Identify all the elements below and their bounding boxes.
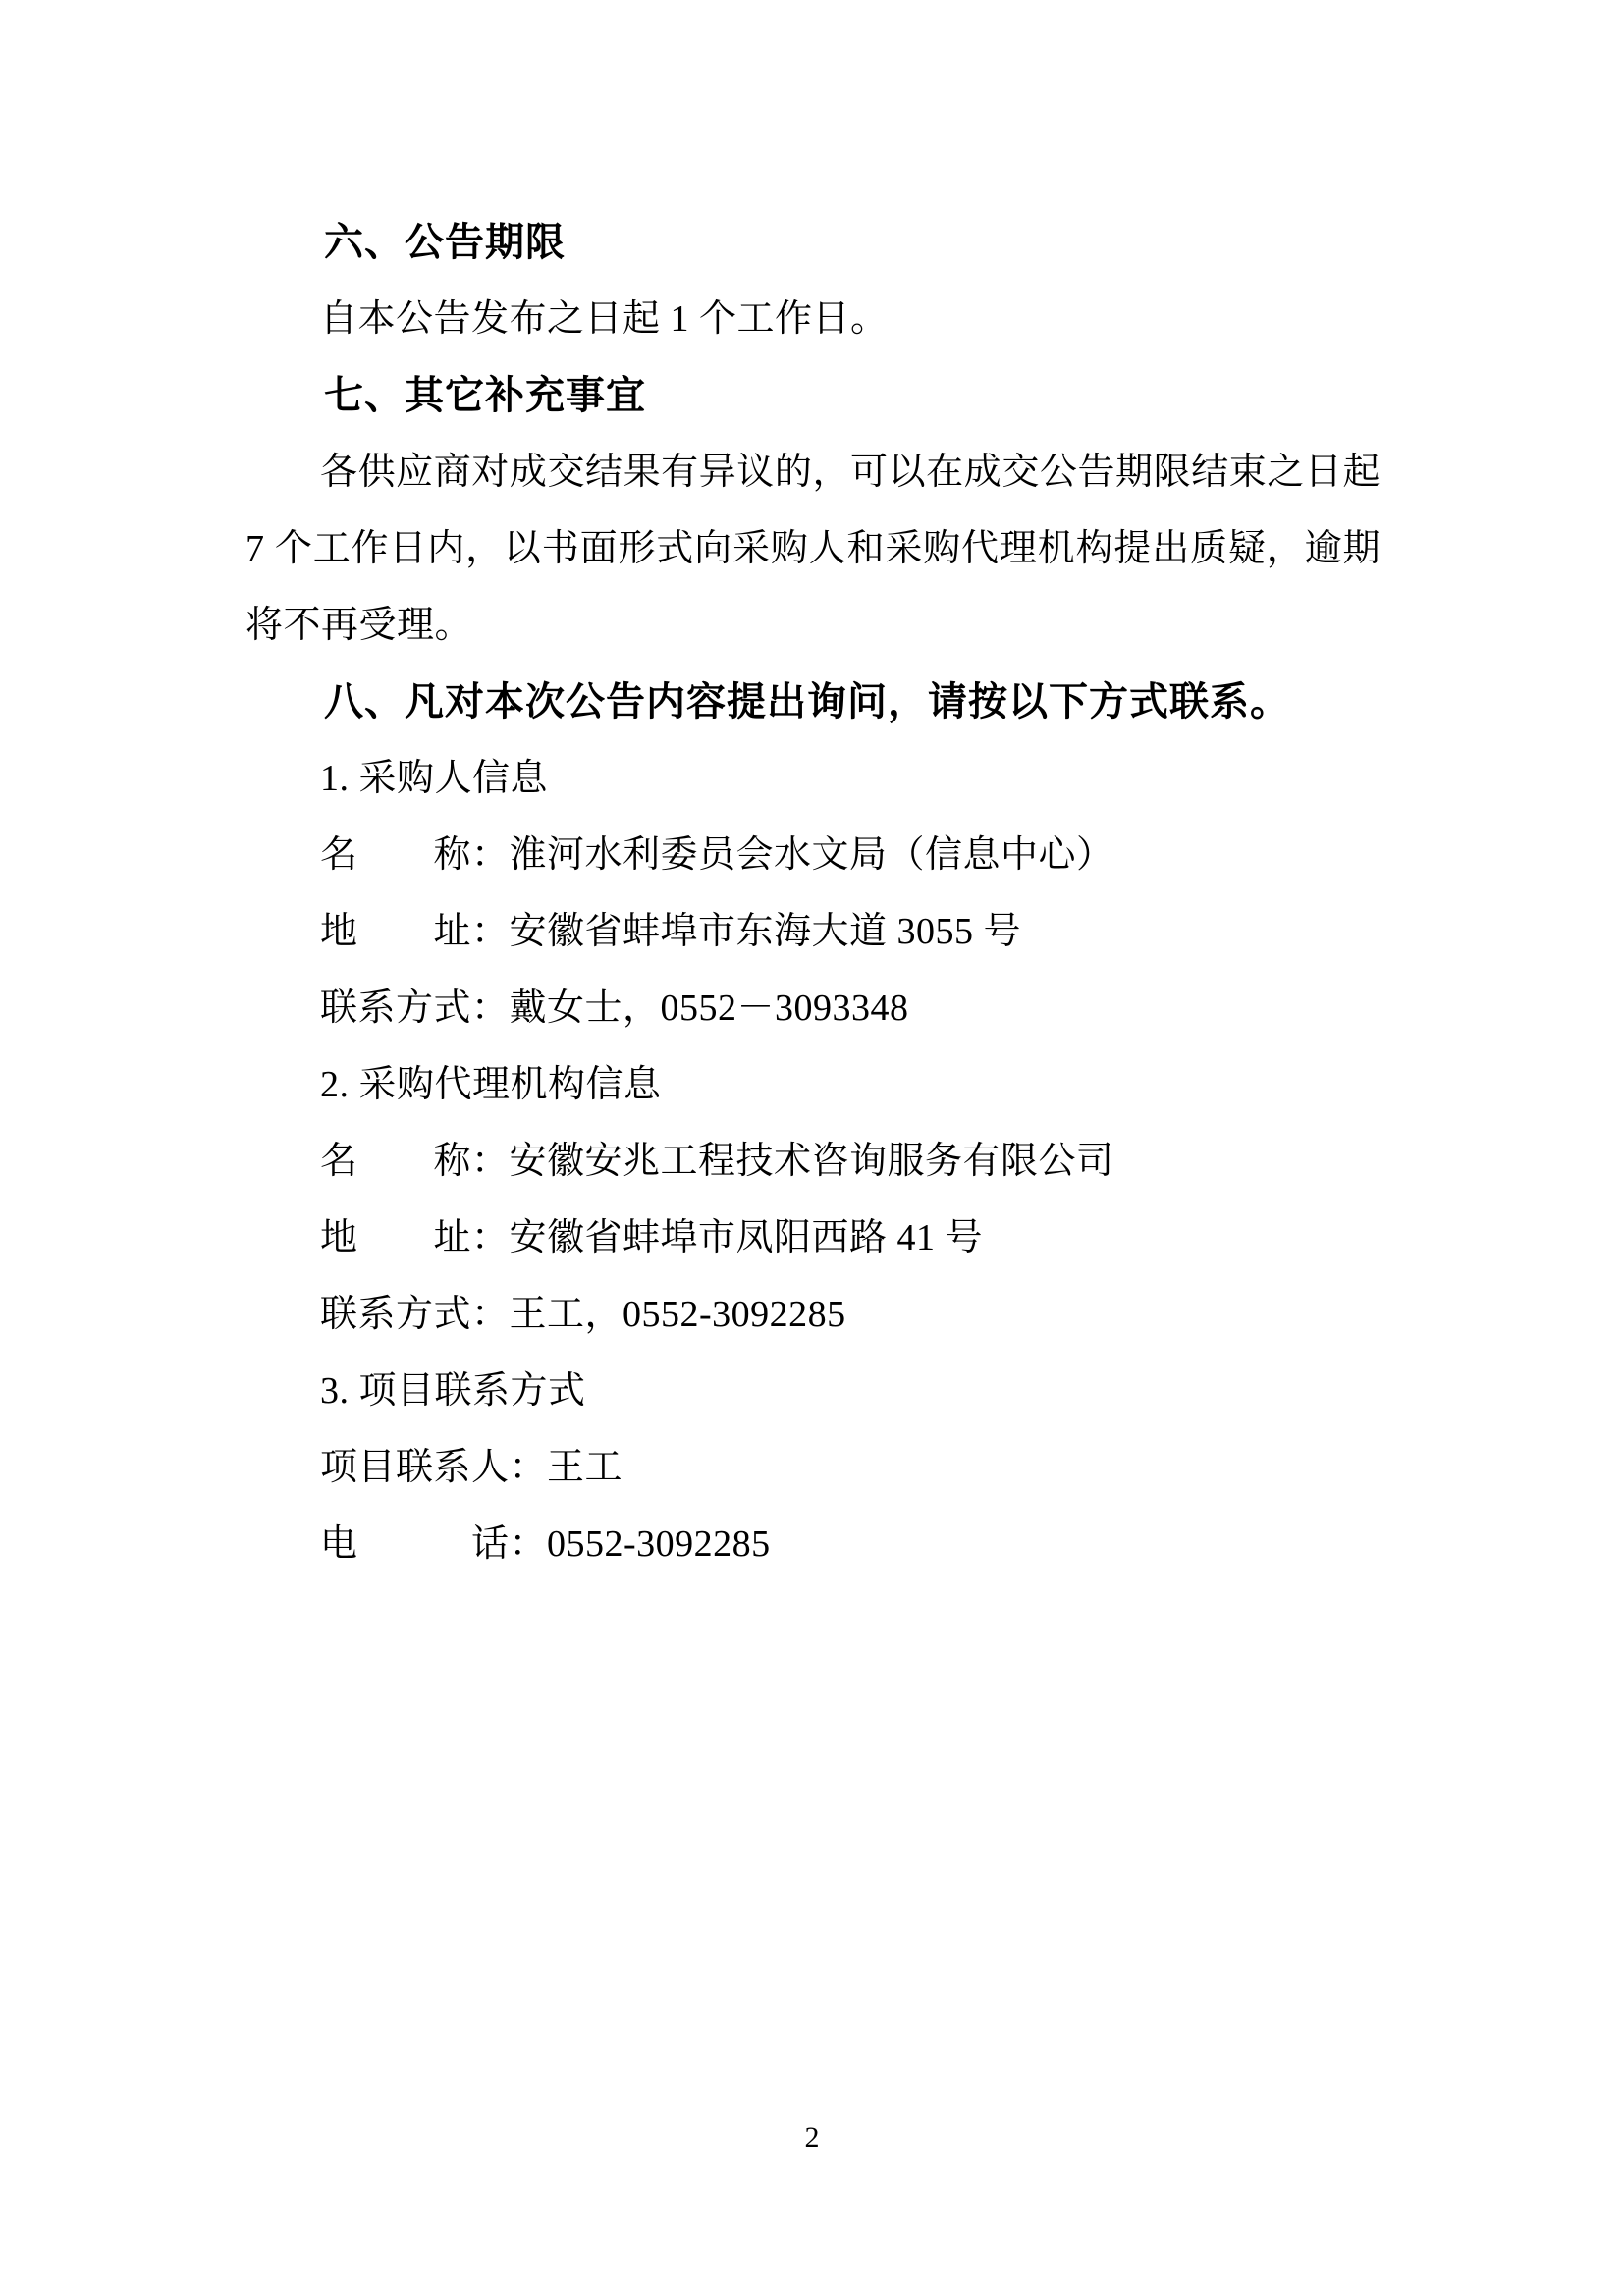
- paragraph-line: 地 址：安徽省蚌埠市凤阳西路 41 号: [245, 1200, 1380, 1276]
- paragraph-line: 地 址：安徽省蚌埠市东海大道 3055 号: [245, 893, 1380, 970]
- paragraph-line: 3. 项目联系方式: [245, 1353, 1380, 1429]
- page-number: 2: [0, 2118, 1624, 2158]
- document-page: 六、公告期限自本公告发布之日起 1 个工作日。七、其它补充事宜各供应商对成交结果…: [0, 0, 1624, 2296]
- section-heading: 七、其它补充事宜: [245, 357, 1380, 434]
- section-heading: 八、凡对本次公告内容提出询问，请按以下方式联系。: [245, 664, 1380, 740]
- paragraph-line: 2. 采购代理机构信息: [245, 1046, 1380, 1123]
- paragraph-line: 联系方式：王工，0552-3092285: [245, 1276, 1380, 1353]
- document-content: 六、公告期限自本公告发布之日起 1 个工作日。七、其它补充事宜各供应商对成交结果…: [245, 204, 1380, 1582]
- paragraph-line: 1. 采购人信息: [245, 740, 1380, 817]
- paragraph-line: 将不再受理。: [245, 587, 1380, 664]
- paragraph-line: 项目联系人：王工: [245, 1429, 1380, 1506]
- paragraph-line: 各供应商对成交结果有异议的，可以在成交公告期限结束之日起: [245, 434, 1380, 510]
- paragraph-line: 自本公告发布之日起 1 个工作日。: [245, 281, 1380, 357]
- paragraph-line: 联系方式：戴女士，0552－3093348: [245, 970, 1380, 1046]
- section-heading: 六、公告期限: [245, 204, 1380, 281]
- paragraph-line: 名 称：淮河水利委员会水文局（信息中心）: [245, 817, 1380, 893]
- paragraph-line: 电 话：0552-3092285: [245, 1506, 1380, 1582]
- paragraph-line: 名 称：安徽安兆工程技术咨询服务有限公司: [245, 1123, 1380, 1200]
- paragraph-line: 7 个工作日内，以书面形式向采购人和采购代理机构提出质疑，逾期: [245, 510, 1380, 587]
